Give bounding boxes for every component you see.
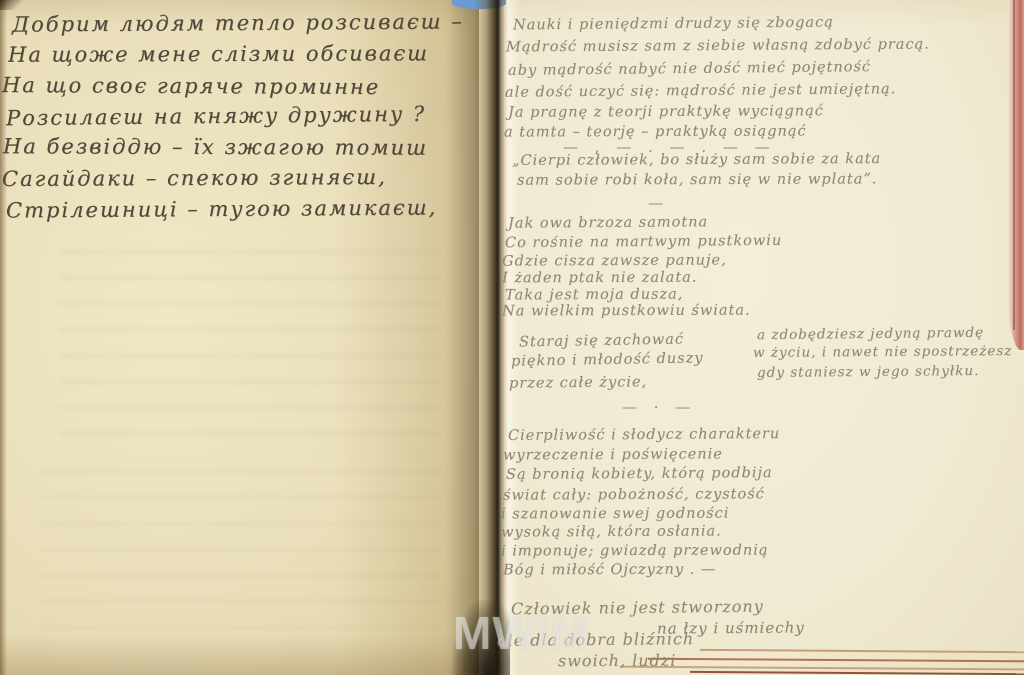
bleed-through-texture [60, 250, 440, 440]
handwritten-line: sam sobie robi koła, sam się w nie wplat… [517, 172, 877, 188]
handwritten-line: Bóg i miłość Ojczyzny . — [503, 563, 716, 578]
handwritten-line: aby mądrość nabyć nie dość mieć pojętnoś… [508, 60, 871, 78]
handwritten-line: Na wielkim pustkowiu świata. [502, 304, 751, 319]
handwritten-line: Ja pragnę z teorji praktykę wyciągnąć [508, 104, 824, 120]
handwritten-line: w życiu, i nawet nie spostrzeżesz [753, 345, 1012, 360]
handwritten-line: i imponuje; gwiazdą przewodnią [501, 544, 769, 559]
handwritten-line: Taka jest moja dusza, [505, 288, 683, 303]
page-edges-pink [1008, 0, 1024, 350]
bleed-through-texture [40, 470, 440, 640]
handwritten-line: przez całe życie, [509, 375, 647, 391]
handwritten-line: Розсилаєш на княжу дружину ? [6, 104, 426, 129]
cover-corner [0, 0, 26, 10]
handwritten-line: Добрим людям тепло розсиваєш – [12, 11, 464, 35]
handwritten-line: Są bronią kobiety, którą podbija [506, 466, 773, 482]
handwritten-line: Cierpliwość i słodycz charakteru [508, 427, 780, 443]
handwritten-line: На безвіддю – їх зжагою томиш [3, 136, 428, 158]
handwritten-line: Co rośnie na martwym pustkowiu [505, 234, 782, 251]
handwritten-line: Сагайдаки – спекою згиняєш, [2, 167, 387, 190]
handwritten-line: На що своє гаряче проминне [2, 75, 380, 98]
page-edges-pink-line [1013, 0, 1015, 330]
handwritten-line: „Cierpi człowiek, bo służy sam sobie za … [512, 152, 881, 168]
divider-dash: — [648, 196, 669, 211]
handwritten-line: świat cały: pobożność, czystość [503, 487, 765, 503]
handwritten-line: ale dość uczyć się: mądrość nie jest umi… [505, 82, 896, 100]
handwritten-line: i szanowanie swej godności [501, 507, 729, 522]
handwritten-line: Gdzie cisza zawsze panuje, [502, 253, 727, 269]
handwritten-line: Staraj się zachować [519, 333, 684, 350]
handwritten-line: wysoką siłą, która osłania. [501, 524, 722, 540]
handwritten-line: piękno i młodość duszy [511, 351, 704, 369]
handwritten-line: Стрілешниці – тугою замикаєш, [6, 197, 437, 221]
divider-dashes: — · — [622, 400, 696, 415]
handwritten-line: wyrzeczenie i poświęcenie [503, 447, 723, 463]
handwritten-line: a zdobędziesz jedyną prawdę [757, 327, 984, 343]
notebook-scan: Добрим людям тепло розсиваєш – На щоже м… [0, 0, 1024, 675]
handwritten-line: Nauki i pieniędzmi drudzy się zbogacą [513, 16, 834, 33]
handwritten-line: Mądrość musisz sam z siebie własną zdoby… [506, 38, 930, 55]
archive-watermark: MWiM [453, 606, 589, 660]
handwritten-line: На щоже мене слізми обсиваєш [8, 43, 429, 65]
handwritten-line: gdy staniesz w jego schyłku. [757, 365, 979, 380]
handwritten-line: Jak owa brzoza samotna [508, 215, 708, 231]
handwritten-line: I żaden ptak nie zalata. [502, 271, 697, 286]
